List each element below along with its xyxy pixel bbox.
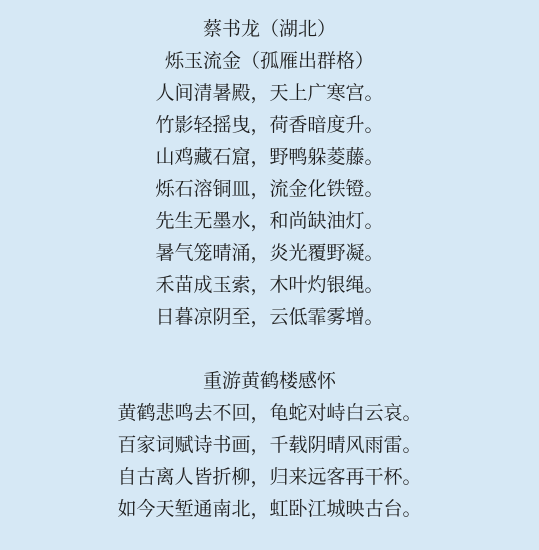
poem1-verse-line: 烁石溶铜皿，流金化铁镫。 <box>0 174 539 206</box>
poem1-verse-line: 人间清暑殿，天上广寒宫。 <box>0 78 539 110</box>
poem1-verse-line: 禾苗成玉索，木叶灼银绳。 <box>0 270 539 302</box>
poem2-verse-line: 黄鹤悲鸣去不回，龟蛇对峙白云哀。 <box>0 398 539 430</box>
poem1-title-line: 烁玉流金（孤雁出群格） <box>0 46 539 78</box>
poem1-verse-line: 山鸡藏石窟，野鸭躲菱藤。 <box>0 142 539 174</box>
poem-1: 蔡书龙（湖北） 烁玉流金（孤雁出群格） 人间清暑殿，天上广寒宫。 竹影轻摇曳，荷… <box>0 14 539 334</box>
poem1-verse-line: 暑气笼晴涌，炎光覆野凝。 <box>0 238 539 270</box>
poem-2: 重游黄鹤楼感怀 黄鹤悲鸣去不回，龟蛇对峙白云哀。 百家词赋诗书画，千载阴晴风雨雷… <box>0 366 539 526</box>
poem1-verse-line: 竹影轻摇曳，荷香暗度升。 <box>0 110 539 142</box>
poem1-verse-line: 日暮凉阴至，云低霏雾增。 <box>0 302 539 334</box>
poem1-author-line: 蔡书龙（湖北） <box>0 14 539 46</box>
poem2-verse-line: 自古离人皆折柳，归来远客再干杯。 <box>0 462 539 494</box>
document-page: 蔡书龙（湖北） 烁玉流金（孤雁出群格） 人间清暑殿，天上广寒宫。 竹影轻摇曳，荷… <box>0 0 539 550</box>
poem2-verse-line: 如今天堑通南北，虹卧江城映古台。 <box>0 494 539 526</box>
poem2-title-line: 重游黄鹤楼感怀 <box>0 366 539 398</box>
poem2-verse-line: 百家词赋诗书画，千载阴晴风雨雷。 <box>0 430 539 462</box>
poem1-verse-line: 先生无墨水，和尚缺油灯。 <box>0 206 539 238</box>
